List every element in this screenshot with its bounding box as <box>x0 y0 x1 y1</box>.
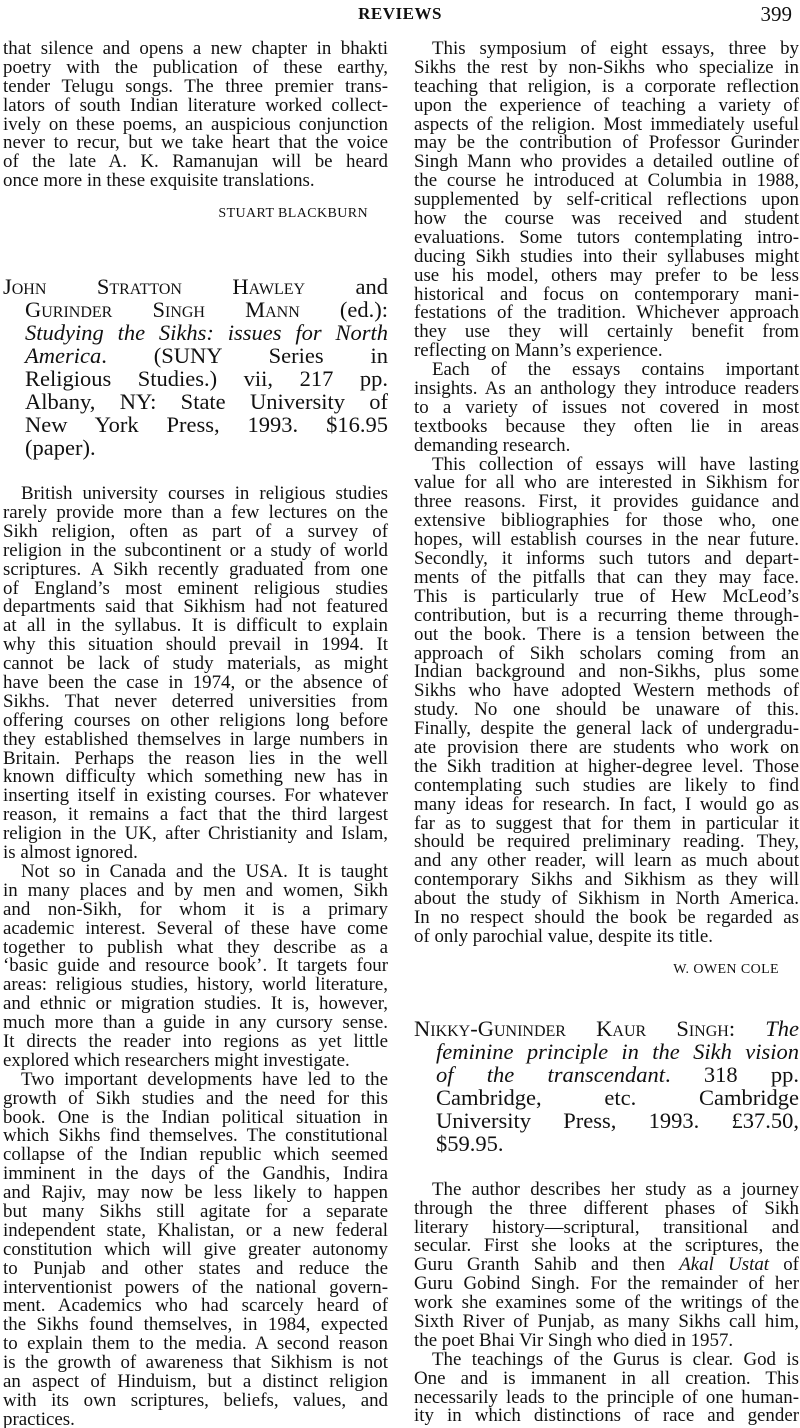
text-line: lators of south Indian literature worked… <box>3 97 388 116</box>
text-line: Not so in Canada and the USA. It is taug… <box>3 863 388 882</box>
text-line: teaching that religion, is a corporate r… <box>414 78 799 97</box>
book-title: feminine principle in the Sikh vision <box>414 1040 799 1063</box>
text-line: textbooks because they often lie in area… <box>414 418 799 437</box>
text-line: poetry with the publication of these ear… <box>3 59 388 78</box>
book-title: Studying the Sikhs: issues for North <box>3 321 388 344</box>
text-line: ate provision there are students who wor… <box>414 739 799 758</box>
text-line: Sikhs the rest by non-Sikhs who speciali… <box>414 59 799 78</box>
left-column: that silence and opens a new chapter in … <box>3 40 388 1428</box>
text-line: contribution, but is a recurring theme t… <box>414 607 799 626</box>
book-title: of the transcendant <box>436 1062 665 1087</box>
book-title: America <box>25 343 101 368</box>
heading-line: (paper). <box>3 436 388 459</box>
heading-line: of the transcendant. 318 pp. <box>414 1063 799 1086</box>
continued-review-paragraph: that silence and opens a new chapter in … <box>3 40 388 191</box>
heading-line: Religious Studies.) vii, 217 pp. <box>3 367 388 390</box>
text-line: ments of the pitfalls that can they may … <box>414 569 799 588</box>
text-line: use his model, others may prefer to be l… <box>414 267 799 286</box>
work-title: Akal Ustat <box>679 1254 769 1275</box>
heading-line: University Press, 1993. £37.50, <box>414 1109 799 1132</box>
text-line: One and is immanent in all creation. Thi… <box>414 1370 799 1389</box>
text-line: they established themselves in large num… <box>3 731 388 750</box>
text-line: ity in which distinctions of race and ge… <box>414 1407 799 1426</box>
text-line: to a variety of issues not covered in mo… <box>414 399 799 418</box>
text-line: Sikhs. That never deterred universities … <box>3 693 388 712</box>
heading-line: America. (SUNY Series in <box>3 344 388 367</box>
heading-author: Nikky-Guninder Kaur Singh: <box>414 1016 735 1041</box>
text-line: explored which researchers might investi… <box>3 1052 388 1071</box>
text-fragment: Guru Granth Sahib and then <box>414 1254 679 1275</box>
text-line: offering courses on other religions long… <box>3 712 388 731</box>
heading-authors: John Stratton Hawley <box>3 274 305 299</box>
page-count: . 318 pp. <box>665 1062 799 1087</box>
text-line: once more in these exquisite translation… <box>3 172 388 191</box>
text-line: It directs the reader into regions as ye… <box>3 1033 388 1052</box>
text-line: growth of Sikh studies and the need for … <box>3 1090 388 1109</box>
reviewer-signature: STUART BLACKBURN <box>3 205 388 223</box>
review-heading-hawley-mann: John Stratton Hawley and Gurinder Singh … <box>3 275 388 459</box>
text-line: The author describes her study as a jour… <box>414 1181 799 1200</box>
text-fragment: of <box>769 1254 799 1275</box>
text-line: many ideas for research. In fact, I woul… <box>414 796 799 815</box>
text-line: to Punjab and other states and reduce th… <box>3 1260 388 1279</box>
text-line: evaluations. Some tutors contemplating i… <box>414 229 799 248</box>
text-line: Two important developments have led to t… <box>3 1071 388 1090</box>
text-line: academic interest. Several of these have… <box>3 920 388 939</box>
text-line: scriptures. A Sikh recently graduated fr… <box>3 561 388 580</box>
right-column: This symposium of eight essays, three by… <box>414 40 799 1426</box>
text-line: in many places and by men and women, Sik… <box>3 882 388 901</box>
heading-line: Nikky-Guninder Kaur Singh: The <box>414 1017 799 1040</box>
review-body: British university courses in religious … <box>3 485 388 1428</box>
text-line: practices. <box>3 1411 388 1428</box>
text-line: out the book. There is a tension between… <box>414 626 799 645</box>
text-line: This is particularly true of Hew McLeod’… <box>414 588 799 607</box>
review-body-continued: This symposium of eight essays, three by… <box>414 40 799 947</box>
running-header: REVIEWS 399 <box>0 2 800 24</box>
series-info: . (SUNY Series in <box>101 343 388 368</box>
heading-editor-mark: (ed.): <box>340 297 388 322</box>
heading-line: Cambridge, etc. Cambridge <box>414 1086 799 1109</box>
heading-line: $59.95. <box>414 1132 799 1155</box>
text-line: contemplating such studies are likely to… <box>414 777 799 796</box>
heading-line: Albany, NY: State University of <box>3 390 388 413</box>
heading-authors: Gurinder Singh Mann <box>25 297 300 322</box>
text-line: The teachings of the Gurus is clear. God… <box>414 1351 799 1370</box>
running-title: REVIEWS <box>0 4 800 24</box>
text-line: Sikh religion, often as part of a survey… <box>3 523 388 542</box>
review-body-singh: The author describes her study as a jour… <box>414 1181 799 1427</box>
text-line: independent state, Khalistan, or a new f… <box>3 1222 388 1241</box>
book-title: The <box>765 1016 799 1041</box>
heading-conjunction: and <box>356 274 389 299</box>
text-line: ducing Sikh studies into their syllabuse… <box>414 248 799 267</box>
heading-line: John Stratton Hawley and <box>3 275 388 298</box>
text-line: religion in the subcontinent or a study … <box>3 542 388 561</box>
heading-line: New York Press, 1993. $16.95 <box>3 413 388 436</box>
text-line: of only parochial value, despite its tit… <box>414 928 799 947</box>
text-line: upon the experience of teaching a variet… <box>414 97 799 116</box>
heading-line: Gurinder Singh Mann (ed.): <box>3 298 388 321</box>
text-line: constitution which will give greater aut… <box>3 1241 388 1260</box>
text-line: and non-Sikh, for whom it is a primary <box>3 901 388 920</box>
review-heading-singh: Nikky-Guninder Kaur Singh: The feminine … <box>414 1017 799 1155</box>
text-line: with its own scriptures, beliefs, values… <box>3 1392 388 1411</box>
text-line: through the three different phases of Si… <box>414 1200 799 1219</box>
page-number: 399 <box>761 2 793 27</box>
text-line: the poet Bhai Vir Singh who died in 1957… <box>414 1332 799 1351</box>
text-line: the Sikh tradition at higher-degree leve… <box>414 758 799 777</box>
reviewer-signature: W. OWEN COLE <box>414 961 799 979</box>
text-line: tender Telugu songs. The three premier t… <box>3 78 388 97</box>
text-line: demanding research. <box>414 437 799 456</box>
